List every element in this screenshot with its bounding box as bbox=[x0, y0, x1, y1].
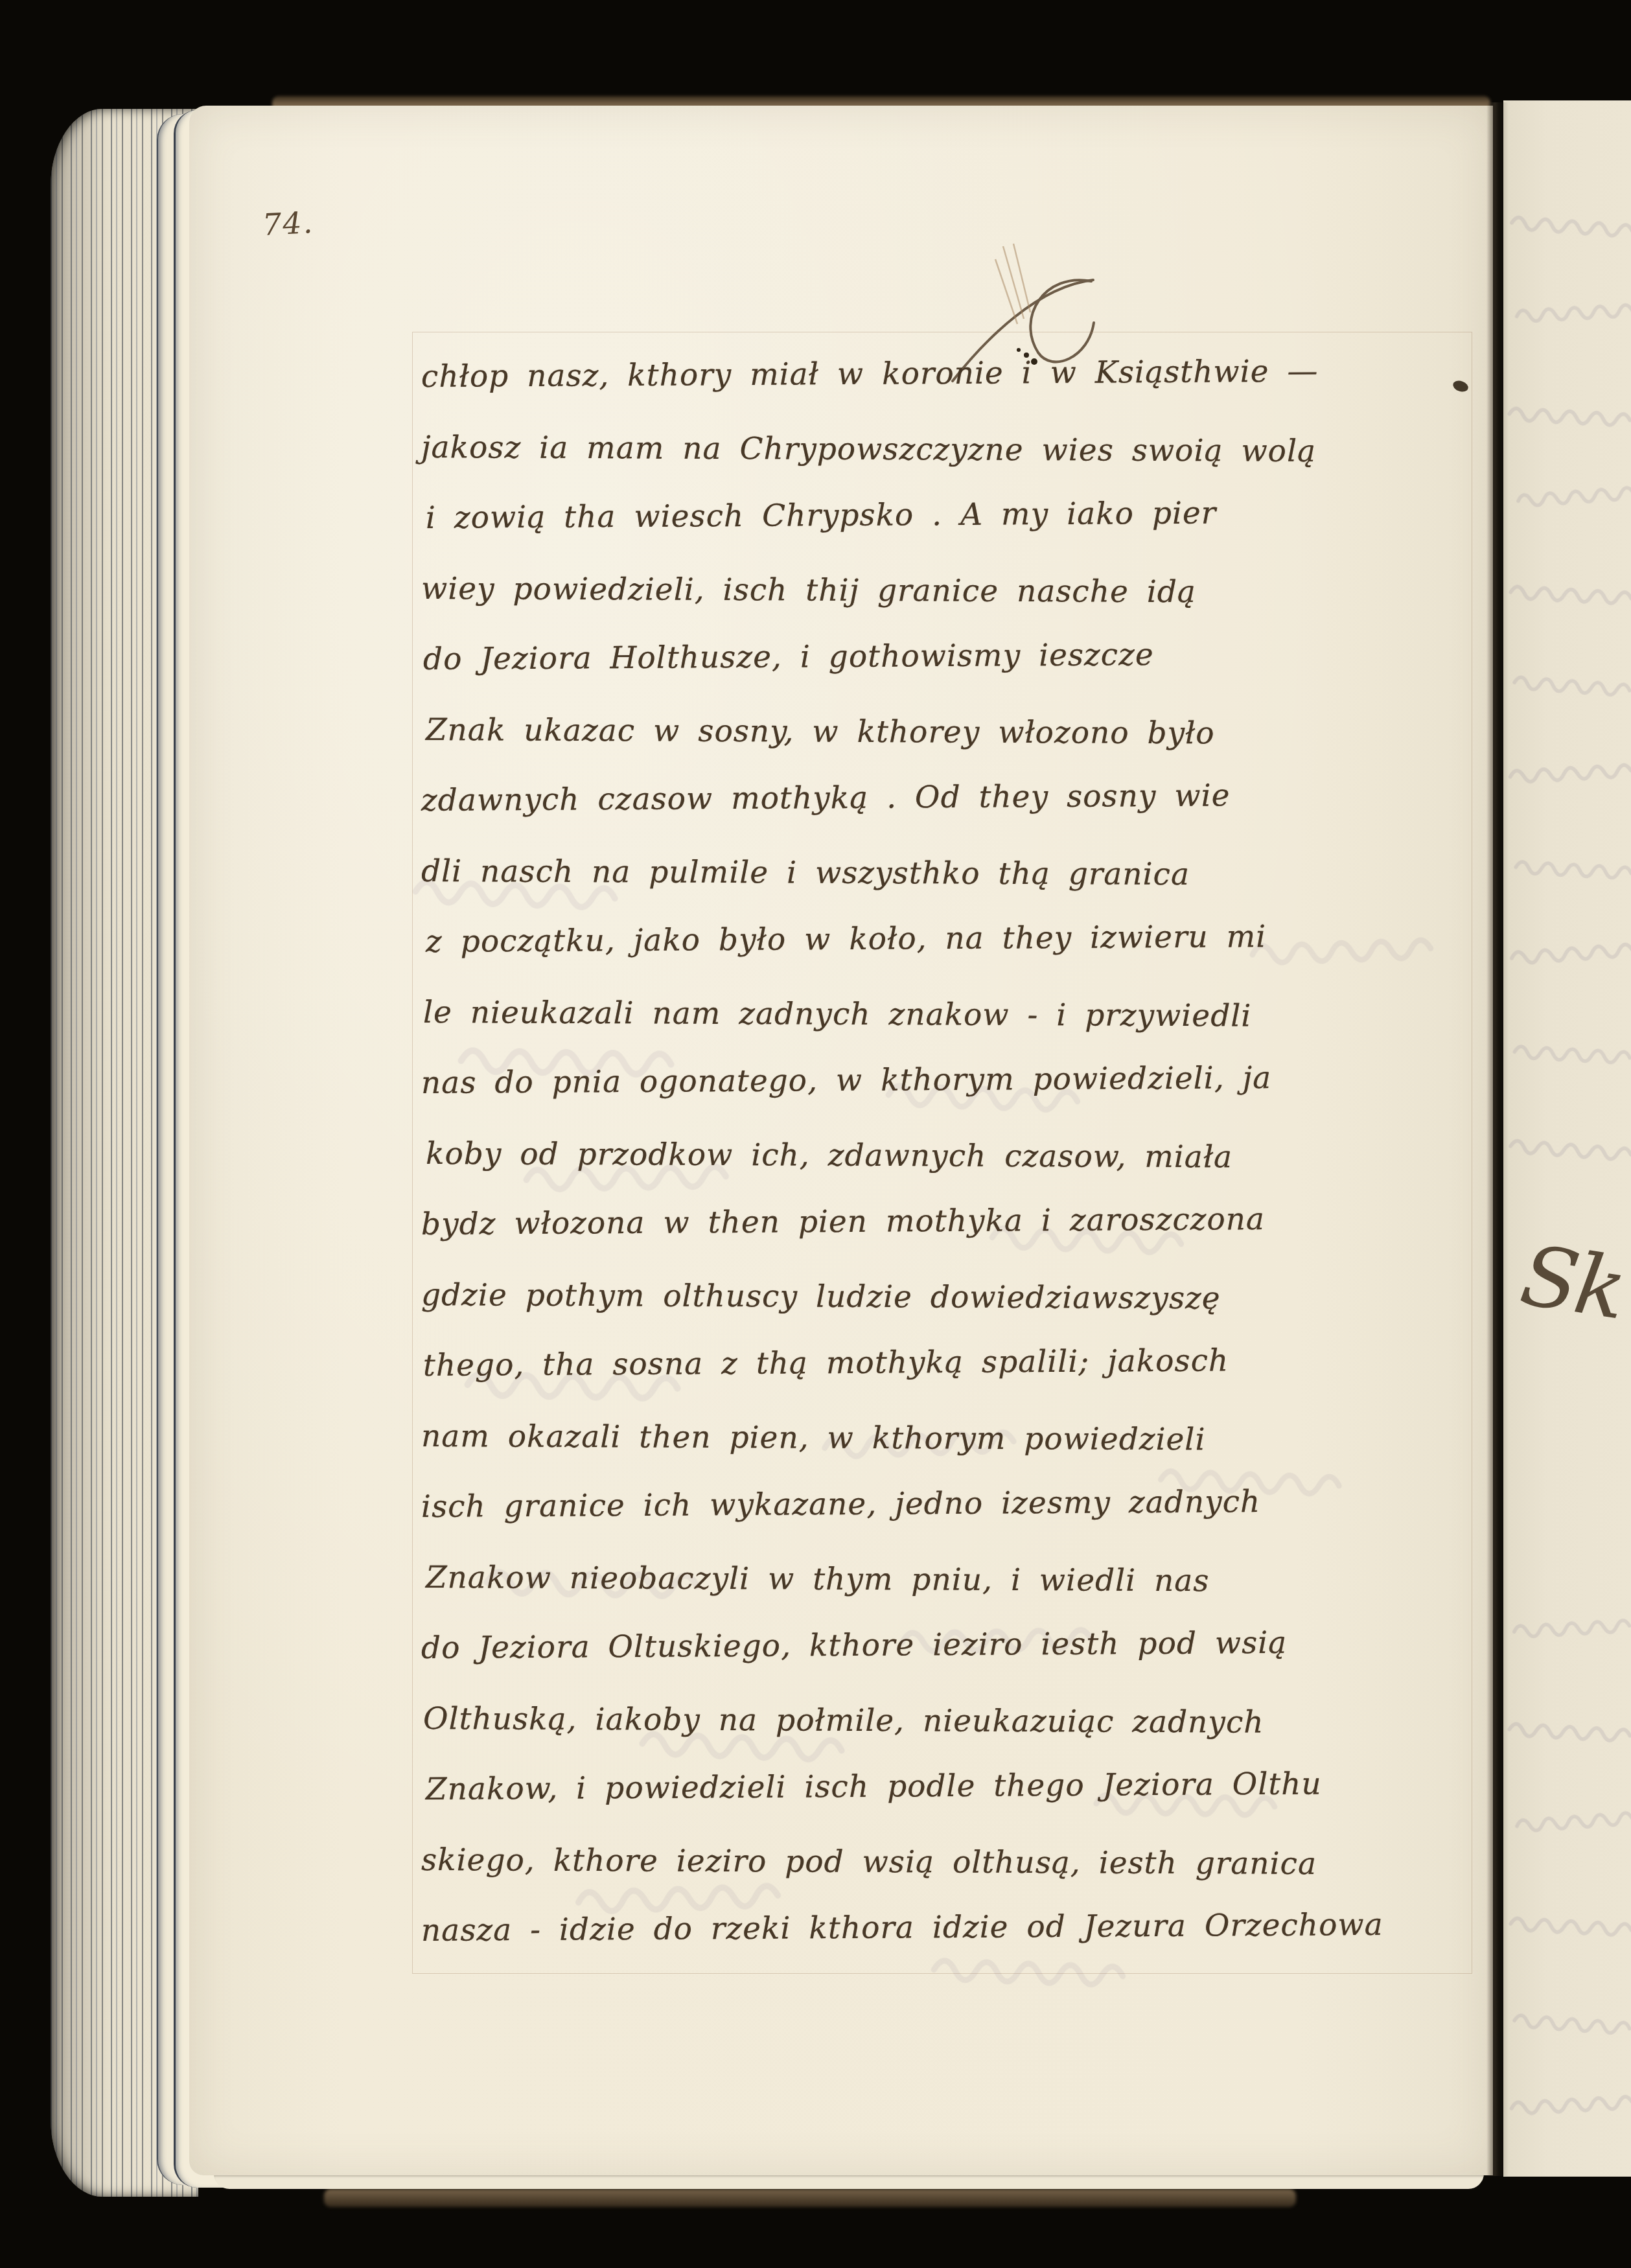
page-bottom-edge bbox=[214, 2173, 1484, 2189]
manuscript-text-block: chłop nasz, kthory miał w koronie i w Ks… bbox=[421, 341, 1474, 1966]
manuscript-line: Znak ukazac w sosny, w kthorey włozono b… bbox=[421, 695, 1474, 770]
manuscript-line: nasza - idzie do rzeki kthora idzie od J… bbox=[421, 1889, 1475, 1966]
manuscript-line: wiey powiedzieli, isch thij granice nasc… bbox=[421, 553, 1474, 629]
manuscript-line: dli nasch na pulmile i wszysthko thą gra… bbox=[421, 836, 1474, 911]
page-gutter-shadow bbox=[1486, 102, 1509, 2176]
manuscript-line: nas do pnia ogonatego, w kthorym powiedz… bbox=[421, 1041, 1475, 1118]
scanned-book-spread: 74. chłop nasz, kthory miał w koronie i … bbox=[0, 0, 1631, 2268]
manuscript-line: jakosz ia mam na Chrypowszczyzne wies sw… bbox=[421, 412, 1474, 487]
manuscript-line: Znakow, i powiedzieli isch podle thego J… bbox=[421, 1748, 1475, 1825]
book-binding-bottom bbox=[324, 2189, 1296, 2207]
manuscript-line: gdzie pothym olthuscy ludzie dowiedziaws… bbox=[421, 1260, 1474, 1335]
facing-page-partial-word: Sk bbox=[1514, 1227, 1630, 1339]
manuscript-line: do Jeziora Holthusze, i gothowismy ieszc… bbox=[421, 618, 1475, 695]
manuscript-line: isch granice ich wykazane, jedno izesmy … bbox=[421, 1465, 1475, 1542]
manuscript-line: koby od przodkow ich, zdawnych czasow, m… bbox=[421, 1118, 1474, 1194]
manuscript-line: do Jeziora Oltuskiego, kthore ieziro ies… bbox=[421, 1606, 1475, 1684]
manuscript-line: thego, tha sosna z thą mothyką spalili; … bbox=[421, 1324, 1475, 1401]
manuscript-line: bydz włozona w then pien mothyka i zaros… bbox=[421, 1183, 1475, 1260]
manuscript-line: z początku, jako było w koło, na they iz… bbox=[421, 900, 1475, 977]
page-number: 74. bbox=[262, 205, 315, 242]
manuscript-line: chłop nasz, kthory miał w koronie i w Ks… bbox=[421, 335, 1475, 412]
manuscript-line: skiego, kthore ieziro pod wsią olthusą, … bbox=[421, 1825, 1474, 1900]
facing-page bbox=[1503, 100, 1631, 2177]
manuscript-line: zdawnych czasow mothyką . Od they sosny … bbox=[421, 759, 1475, 836]
manuscript-line: le nieukazali nam zadnych znakow - i prz… bbox=[421, 977, 1474, 1052]
manuscript-line: i zowią tha wiesch Chrypsko . A my iako … bbox=[421, 476, 1475, 553]
manuscript-line: nam okazali then pien, w kthorym powiedz… bbox=[421, 1401, 1474, 1476]
manuscript-line: Olthuską, iakoby na połmile, nieukazuiąc… bbox=[421, 1684, 1474, 1759]
manuscript-line: Znakow nieobaczyli w thym pniu, i wiedli… bbox=[421, 1542, 1474, 1617]
